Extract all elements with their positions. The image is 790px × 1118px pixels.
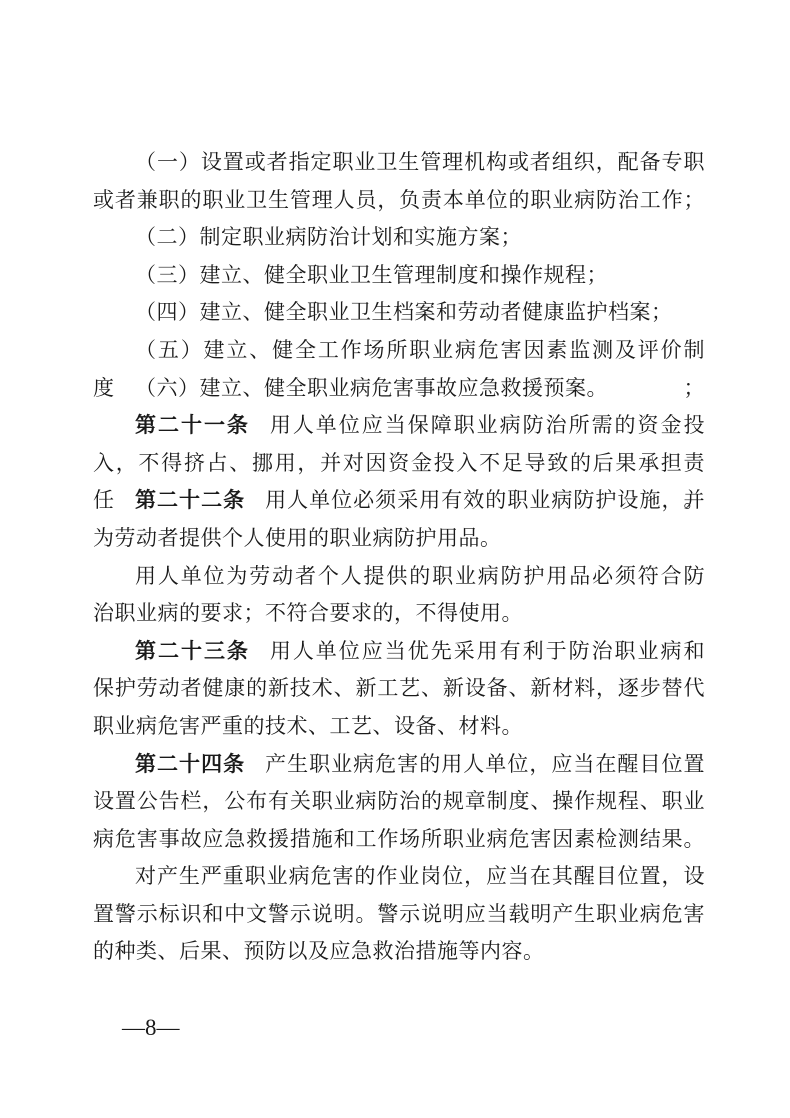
text-line: 设置公告栏，公布有关职业病防治的规章制度、操作规程、职业 — [93, 783, 705, 821]
text-line: 为劳动者提供个人使用的职业病防护用品。 — [93, 520, 705, 558]
text-line: （三）建立、健全职业卫生管理制度和操作规程； — [93, 257, 705, 295]
text-line: 用人单位为劳动者个人提供的职业病防护用品必须符合防 — [93, 558, 705, 596]
article-number: 第二十一条 — [135, 414, 250, 437]
document-body: （一）设置或者指定职业卫生管理机构或者组织，配备专职或者兼职的职业卫生管理人员，… — [93, 144, 705, 971]
text-line: 保护劳动者健康的新技术、新工艺、新设备、新材料，逐步替代 — [93, 670, 705, 708]
article-number: 第二十三条 — [135, 640, 250, 663]
text-line: 职业病危害严重的技术、工艺、设备、材料。 — [93, 708, 705, 746]
page-footer: —8— — [122, 1008, 180, 1048]
text-line: 治职业病的要求；不符合要求的，不得使用。 — [93, 595, 705, 633]
text-line: （四）建立、健全职业卫生档案和劳动者健康监护档案； — [93, 294, 705, 332]
text-line: （一）设置或者指定职业卫生管理机构或者组织，配备专职 — [93, 144, 705, 182]
article-number: 第二十二条 — [135, 489, 245, 512]
document-page: （一）设置或者指定职业卫生管理机构或者组织，配备专职或者兼职的职业卫生管理人员，… — [0, 0, 790, 1118]
text-line: 入，不得挤占、挪用，并对因资金投入不足导致的后果承担责任。 — [93, 445, 705, 483]
text-line: 置警示标识和中文警示说明。警示说明应当载明产生职业病危害 — [93, 896, 705, 934]
text-line: （二）制定职业病防治计划和实施方案； — [93, 219, 705, 257]
text-line: 对产生严重职业病危害的作业岗位，应当在其醒目位置，设 — [93, 858, 705, 896]
text-line: 第二十一条用人单位应当保障职业病防治所需的资金投 — [93, 407, 705, 445]
article-number: 第二十四条 — [135, 753, 245, 776]
text-line: 或者兼职的职业卫生管理人员，负责本单位的职业病防治工作； — [93, 182, 705, 220]
text-line: 的种类、后果、预防以及应急救治措施等内容。 — [93, 933, 705, 971]
text-line: 第二十二条用人单位必须采用有效的职业病防护设施，并 — [93, 482, 705, 520]
text-line: （五）建立、健全工作场所职业病危害因素监测及评价制度； — [93, 332, 705, 370]
text-line: 第二十三条用人单位应当优先采用有利于防治职业病和 — [93, 633, 705, 671]
page-number: —8— — [122, 1015, 180, 1041]
text-line: 病危害事故应急救援措施和工作场所职业病危害因素检测结果。 — [93, 821, 705, 859]
text-line: 第二十四条产生职业病危害的用人单位，应当在醒目位置 — [93, 746, 705, 784]
